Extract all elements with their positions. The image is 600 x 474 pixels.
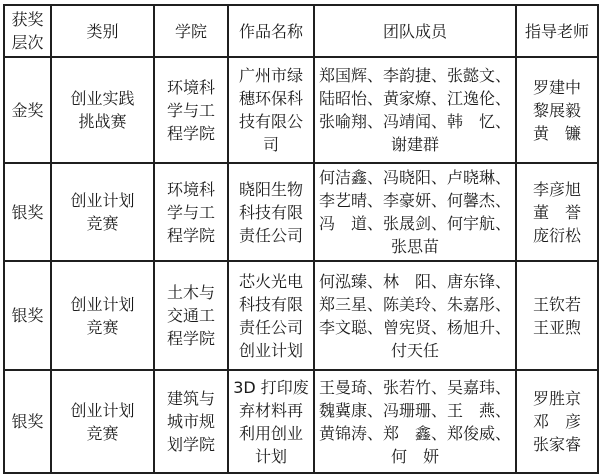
column-header-advisors: 指导老师 xyxy=(516,5,598,57)
cell-work-name: 3D 打印废 弃材料再 利用创业 计划 xyxy=(228,370,314,473)
cell-category: 创业计划 竞赛 xyxy=(51,261,154,370)
cell-category: 创业实践 挑战赛 xyxy=(51,57,154,163)
awards-table: 获奖 层次 类别 学院 作品名称 团队成员 指导老师 金奖 创业实践 挑战赛 环… xyxy=(3,4,599,474)
cell-award-level: 银奖 xyxy=(4,261,51,370)
cell-advisors: 罗建中 黎展毅 黄 镰 xyxy=(516,57,598,163)
cell-college: 环境科 学与工 程学院 xyxy=(154,163,228,261)
table-row: 银奖 创业计划 竞赛 建筑与 城市规 划学院 3D 打印废 弃材料再 利用创业 … xyxy=(4,370,598,473)
cell-advisors: 李彦旭 董 誉 庞衍松 xyxy=(516,163,598,261)
cell-award-level: 银奖 xyxy=(4,370,51,473)
cell-advisors: 罗胜京 邓 彦 张家睿 xyxy=(516,370,598,473)
cell-team-members: 王曼琦、张若竹、吴嘉玮、 魏冀康、冯珊珊、王 燕、 黄锦涛、郑 鑫、郑俊威、 何… xyxy=(314,370,516,473)
cell-award-level: 银奖 xyxy=(4,163,51,261)
header-row: 获奖 层次 类别 学院 作品名称 团队成员 指导老师 xyxy=(4,5,598,57)
cell-work-name: 广州市绿 穗环保科 技有限公 司 xyxy=(228,57,314,163)
cell-work-name: 芯火光电 科技有限 责任公司 创业计划 xyxy=(228,261,314,370)
table-row: 银奖 创业计划 竞赛 环境科 学与工 程学院 晓阳生物 科技有限 责任公司 何洁… xyxy=(4,163,598,261)
cell-category: 创业计划 竞赛 xyxy=(51,370,154,473)
column-header-college: 学院 xyxy=(154,5,228,57)
column-header-award-level: 获奖 层次 xyxy=(4,5,51,57)
cell-college: 环境科 学与工 程学院 xyxy=(154,57,228,163)
column-header-work-name: 作品名称 xyxy=(228,5,314,57)
page: 获奖 层次 类别 学院 作品名称 团队成员 指导老师 金奖 创业实践 挑战赛 环… xyxy=(0,0,600,474)
cell-category: 创业计划 竞赛 xyxy=(51,163,154,261)
table-row: 金奖 创业实践 挑战赛 环境科 学与工 程学院 广州市绿 穗环保科 技有限公 司… xyxy=(4,57,598,163)
cell-team-members: 何泓臻、林 阳、唐东锋、 郑三星、陈美玲、朱嘉彤、 李文聪、曾宪贤、杨旭升、 付… xyxy=(314,261,516,370)
cell-team-members: 何洁鑫、冯晓阳、卢晓琳、 李艺晴、李豪妍、何馨杰、 冯 道、张晟剑、何宇航、 张… xyxy=(314,163,516,261)
column-header-category: 类别 xyxy=(51,5,154,57)
column-header-team-members: 团队成员 xyxy=(314,5,516,57)
table-row: 银奖 创业计划 竞赛 土木与 交通工 程学院 芯火光电 科技有限 责任公司 创业… xyxy=(4,261,598,370)
cell-college: 建筑与 城市规 划学院 xyxy=(154,370,228,473)
cell-college: 土木与 交通工 程学院 xyxy=(154,261,228,370)
cell-work-name: 晓阳生物 科技有限 责任公司 xyxy=(228,163,314,261)
cell-advisors: 王钦若 王亚煦 xyxy=(516,261,598,370)
cell-award-level: 金奖 xyxy=(4,57,51,163)
cell-team-members: 郑国辉、李韵捷、张懿文、 陆昭怡、黄家燎、江逸伦、 张喻翔、冯靖闻、韩 忆、 谢… xyxy=(314,57,516,163)
